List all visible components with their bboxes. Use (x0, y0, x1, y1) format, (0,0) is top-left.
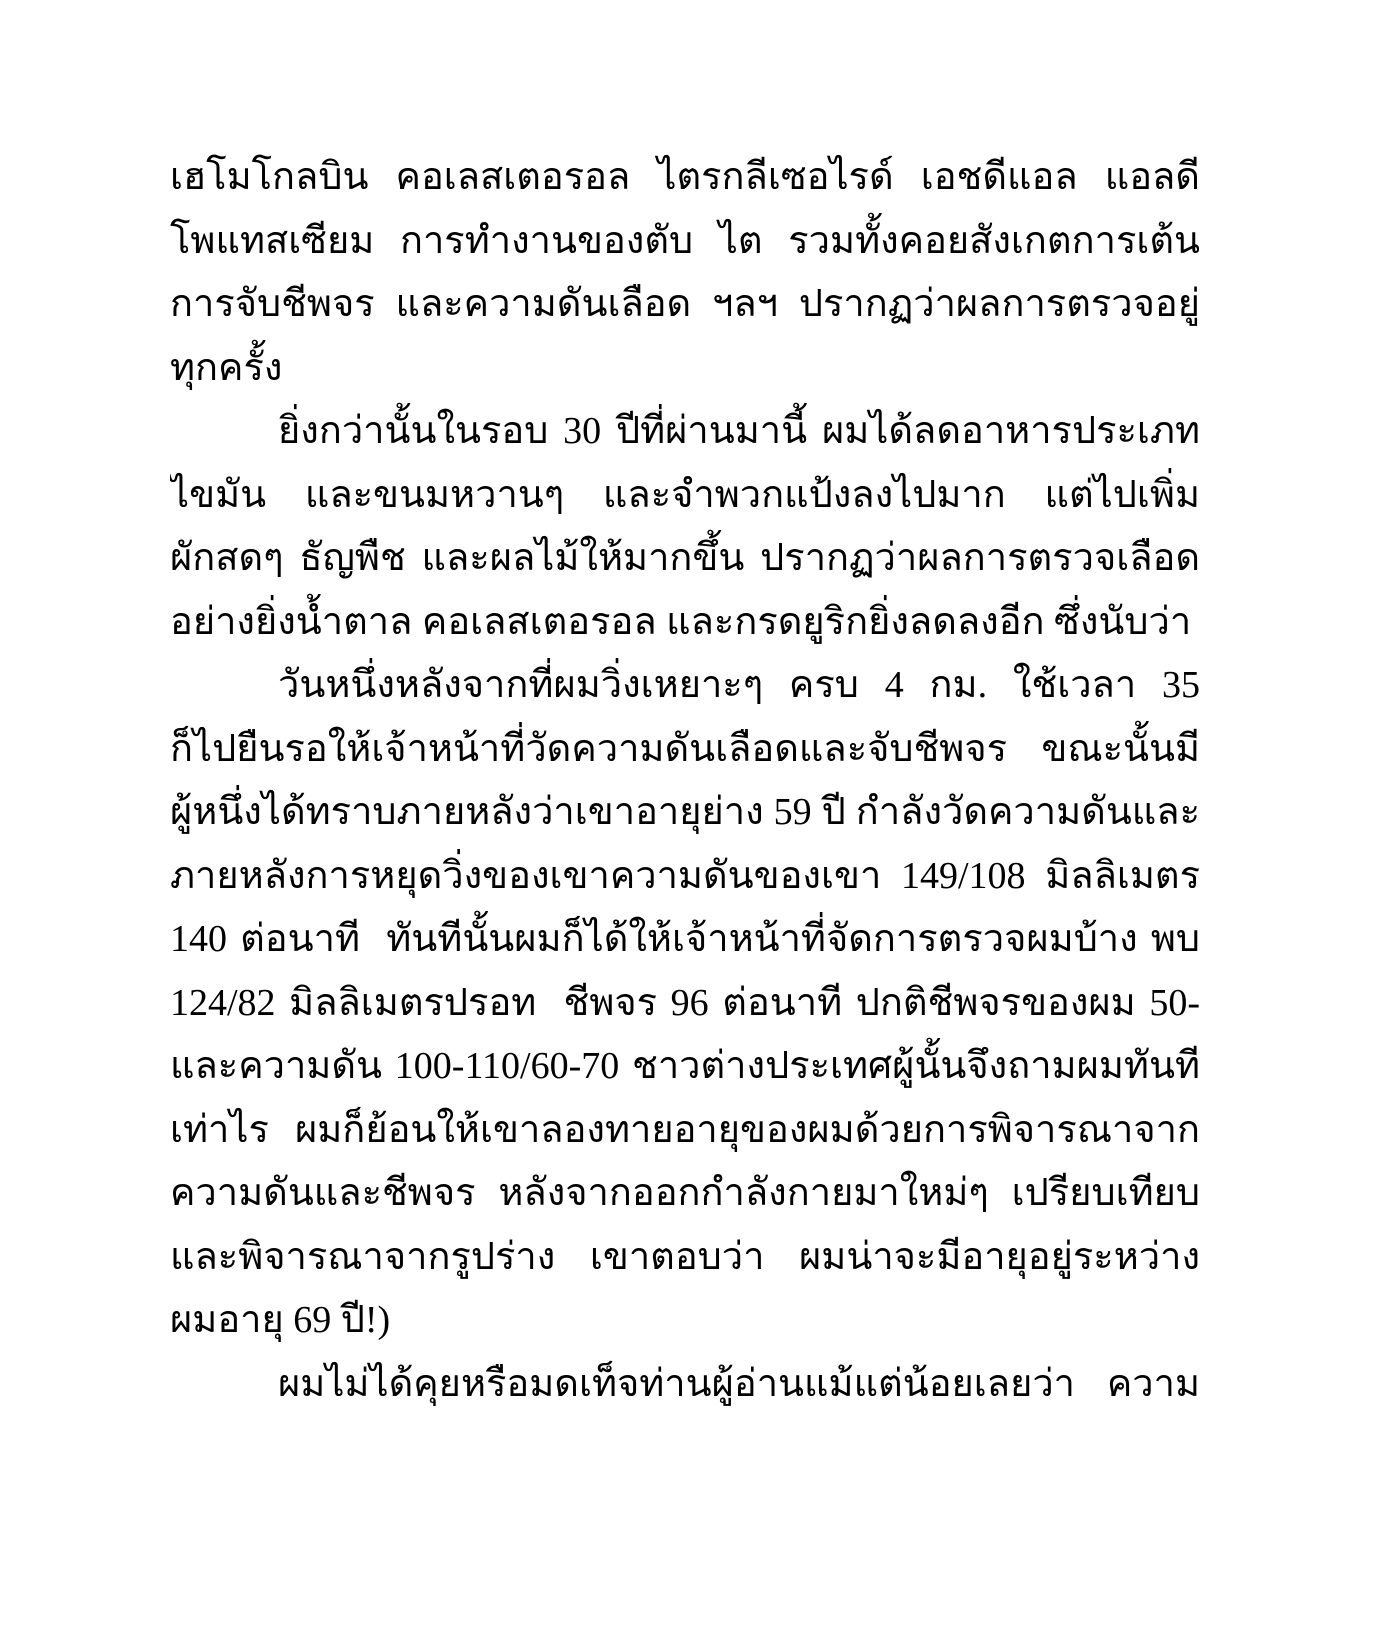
text-line: 140 ต่อนาที ทันทีนั้นผมก็ได้ให้เจ้าหน้าท… (170, 908, 1200, 972)
text-line: ยิ่งกว่านั้นในรอบ 30 ปีที่ผ่านมานี้ ผมได… (170, 400, 1200, 464)
text-line: ผักสดๆ ธัญพืช และผลไม้ให้มากขึ้น ปรากฏว่… (170, 527, 1200, 591)
text-line: วันหนึ่งหลังจากที่ผมวิ่งเหยาะๆ ครบ 4 กม.… (170, 654, 1200, 718)
text-line: และความดัน 100-110/60-70 ชาวต่างประเทศผู… (170, 1035, 1200, 1099)
text-body: เฮโมโกลบิน คอเลสเตอรอล ไตรกลีเซอไรด์ เอช… (170, 146, 1200, 1416)
text-line: เท่าไร ผมก็ย้อนให้เขาลองทายอายุของผมด้วย… (170, 1099, 1200, 1163)
text-line: โพแทสเซียม การทำงานของตับ ไต รวมทั้งคอยส… (170, 210, 1200, 274)
paragraph: ผมไม่ได้คุยหรือมดเท็จท่านผู้อ่านแม้แต่น้… (170, 1353, 1200, 1417)
text-line: เฮโมโกลบิน คอเลสเตอรอล ไตรกลีเซอไรด์ เอช… (170, 146, 1200, 210)
text-line: ก็ไปยืนรอให้เจ้าหน้าที่วัดความดันเลือดแล… (170, 718, 1200, 782)
paragraph: ยิ่งกว่านั้นในรอบ 30 ปีที่ผ่านมานี้ ผมได… (170, 400, 1200, 654)
text-line: ผมไม่ได้คุยหรือมดเท็จท่านผู้อ่านแม้แต่น้… (170, 1353, 1200, 1417)
paragraph: วันหนึ่งหลังจากที่ผมวิ่งเหยาะๆ ครบ 4 กม.… (170, 654, 1200, 1353)
text-line: ผู้หนึ่งได้ทราบภายหลังว่าเขาอายุย่าง 59 … (170, 781, 1200, 845)
text-line: ภายหลังการหยุดวิ่งของเขาความดันของเขา 14… (170, 845, 1200, 909)
text-line: การจับชีพจร และความดันเลือด ฯลฯ ปรากฏว่า… (170, 273, 1200, 337)
paragraph: เฮโมโกลบิน คอเลสเตอรอล ไตรกลีเซอไรด์ เอช… (170, 146, 1200, 400)
text-line: ไขมัน และขนมหวานๆ และจำพวกแป้งลงไปมาก แต… (170, 464, 1200, 528)
text-line: ผมอายุ 69 ปี!) (170, 1289, 1200, 1353)
text-line: อย่างยิ่งน้ำตาล คอเลสเตอรอล และกรดยูริกย… (170, 591, 1200, 655)
document-page: เฮโมโกลบิน คอเลสเตอรอล ไตรกลีเซอไรด์ เอช… (0, 0, 1400, 1651)
text-line: ความดันและชีพจร หลังจากออกกำลังกายมาใหม่… (170, 1162, 1200, 1226)
text-line: 124/82 มิลลิเมตรปรอท ชีพจร 96 ต่อนาที ปก… (170, 972, 1200, 1036)
text-line: และพิจารณาจากรูปร่าง เขาตอบว่า ผมน่าจะมี… (170, 1226, 1200, 1290)
text-line: ทุกครั้ง (170, 337, 1200, 401)
